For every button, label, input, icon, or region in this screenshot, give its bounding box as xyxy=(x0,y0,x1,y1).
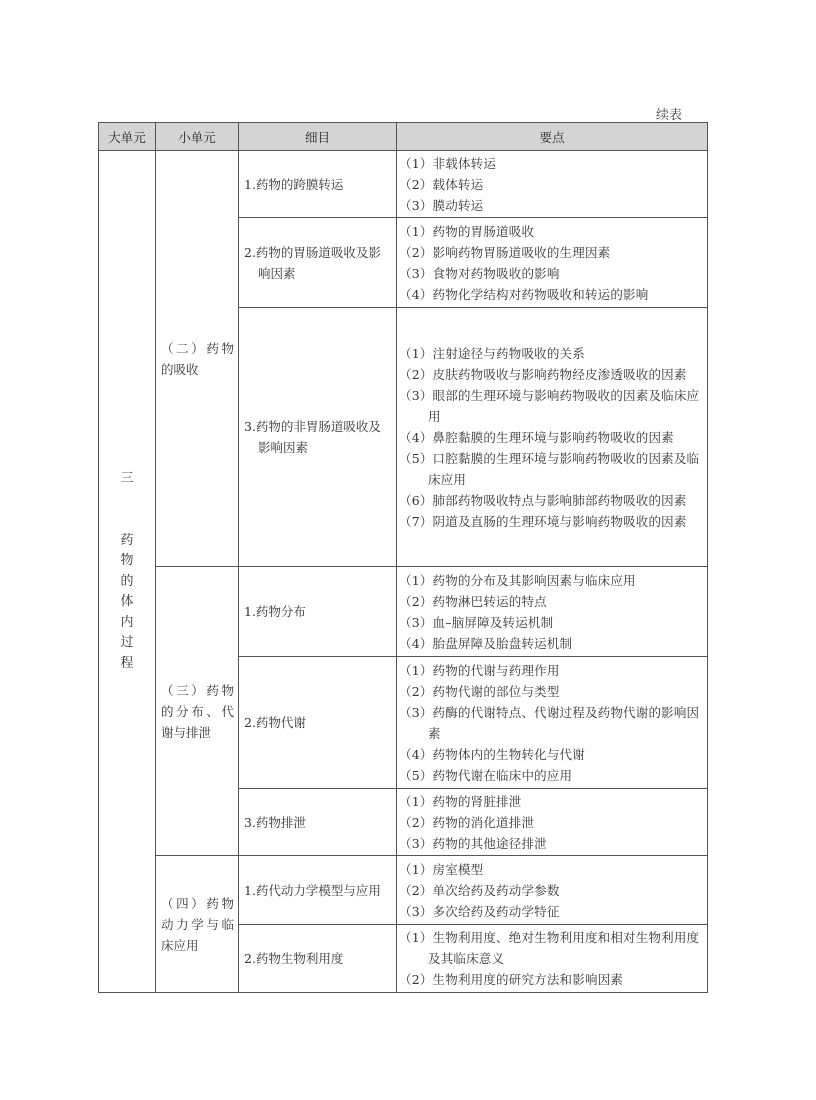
point-item: （4）药物体内的生物转化与代谢 xyxy=(399,744,703,765)
continued-table-label: 续表 xyxy=(656,104,682,123)
table-row: （四）药物动力学与临床应用 1.药代动力学模型与应用 （1）房室模型 （2）单次… xyxy=(99,856,708,925)
points-cell: （1）药物的分布及其影响因素与临床应用 （2）药物淋巴转运的特点 （3）血–脑屏… xyxy=(397,567,708,657)
point-item: （3）多次给药及药动学特征 xyxy=(399,901,703,922)
item-cell: 3.药物排泄 xyxy=(239,789,397,856)
table-row: （三）药物的分布、代谢与排泄 1.药物分布 （1）药物的分布及其影响因素与临床应… xyxy=(99,567,708,657)
point-item: （2）药物的消化道排泄 xyxy=(399,812,703,833)
item-cell: 1.药物的跨膜转运 xyxy=(239,151,397,218)
sub-unit-cell: （三）药物的分布、代谢与排泄 xyxy=(156,567,239,856)
point-item: （1）药物的胃肠道吸收 xyxy=(399,221,703,242)
major-unit-title: 三 药 物 的 体 内 过 程 xyxy=(120,469,134,674)
points-cell: （1）生物利用度、绝对生物利用度和相对生物利用度及其临床意义 （2）生物利用度的… xyxy=(397,925,708,993)
point-item: （3）药物的其他途径排泄 xyxy=(399,833,703,854)
table-row: 三 药 物 的 体 内 过 程 （二）药物的吸收 1.药物的跨膜转运 （1）非载… xyxy=(99,151,708,218)
point-item: （4）鼻腔黏膜的生理环境与影响药物吸收的因素 xyxy=(399,427,703,448)
point-item: （1）生物利用度、绝对生物利用度和相对生物利用度及其临床意义 xyxy=(399,927,703,969)
item-cell: 1.药代动力学模型与应用 xyxy=(239,856,397,925)
points-cell: （1）注射途径与药物吸收的关系 （2）皮肤药物吸收与影响药物经皮渗透吸收的因素 … xyxy=(397,308,708,567)
point-item: （3）血–脑屏障及转运机制 xyxy=(399,612,703,633)
point-item: （1）药物的肾脏排泄 xyxy=(399,791,703,812)
point-item: （3）膜动转运 xyxy=(399,195,703,216)
point-item: （1）药物的分布及其影响因素与临床应用 xyxy=(399,570,703,591)
header-item: 细目 xyxy=(239,123,397,151)
point-item: （5）药物代谢在临床中的应用 xyxy=(399,765,703,786)
point-item: （7）阴道及直肠的生理环境与影响药物吸收的因素 xyxy=(399,511,703,532)
point-item: （5）口腔黏膜的生理环境与影响药物吸收的因素及临床应用 xyxy=(399,448,703,490)
point-item: （3）眼部的生理环境与影响药物吸收的因素及临床应用 xyxy=(399,385,703,427)
point-item: （2）药物淋巴转运的特点 xyxy=(399,591,703,612)
point-item: （3）食物对药物吸收的影响 xyxy=(399,263,703,284)
item-cell: 2.药物的胃肠道吸收及影响因素 xyxy=(239,218,397,308)
item-cell: 1.药物分布 xyxy=(239,567,397,657)
point-item: （1）药物的代谢与药理作用 xyxy=(399,660,703,681)
point-item: （2）载体转运 xyxy=(399,174,703,195)
syllabus-table: 大单元 小单元 细目 要点 三 药 物 的 体 内 过 程 （二 xyxy=(98,122,708,993)
point-item: （6）肺部药物吸收特点与影响肺部药物吸收的因素 xyxy=(399,490,703,511)
points-cell: （1）药物的肾脏排泄 （2）药物的消化道排泄 （3）药物的其他途径排泄 xyxy=(397,789,708,856)
point-item: （2）皮肤药物吸收与影响药物经皮渗透吸收的因素 xyxy=(399,364,703,385)
table-header-row: 大单元 小单元 细目 要点 xyxy=(99,123,708,151)
point-item: （2）单次给药及药动学参数 xyxy=(399,880,703,901)
sub-unit-cell: （四）药物动力学与临床应用 xyxy=(156,856,239,993)
points-cell: （1）非载体转运 （2）载体转运 （3）膜动转运 xyxy=(397,151,708,218)
point-item: （2）药物代谢的部位与类型 xyxy=(399,681,703,702)
header-key-points: 要点 xyxy=(397,123,708,151)
points-cell: （1）药物的代谢与药理作用 （2）药物代谢的部位与类型 （3）药酶的代谢特点、代… xyxy=(397,657,708,789)
points-cell: （1）药物的胃肠道吸收 （2）影响药物胃肠道吸收的生理因素 （3）食物对药物吸收… xyxy=(397,218,708,308)
point-item: （2）生物利用度的研究方法和影响因素 xyxy=(399,969,703,990)
header-major-unit: 大单元 xyxy=(99,123,156,151)
point-item: （1）非载体转运 xyxy=(399,153,703,174)
point-item: （1）房室模型 xyxy=(399,859,703,880)
point-item: （4）胎盘屏障及胎盘转运机制 xyxy=(399,633,703,654)
point-item: （4）药物化学结构对药物吸收和转运的影响 xyxy=(399,284,703,305)
sub-unit-cell: （二）药物的吸收 xyxy=(156,151,239,567)
point-item: （3）药酶的代谢特点、代谢过程及药物代谢的影响因素 xyxy=(399,702,703,744)
item-cell: 2.药物生物利用度 xyxy=(239,925,397,993)
point-item: （2）影响药物胃肠道吸收的生理因素 xyxy=(399,242,703,263)
item-cell: 2.药物代谢 xyxy=(239,657,397,789)
item-cell: 3.药物的非胃肠道吸收及影响因素 xyxy=(239,308,397,567)
header-sub-unit: 小单元 xyxy=(156,123,239,151)
point-item: （1）注射途径与药物吸收的关系 xyxy=(399,343,703,364)
major-unit-cell: 三 药 物 的 体 内 过 程 xyxy=(99,151,156,993)
points-cell: （1）房室模型 （2）单次给药及药动学参数 （3）多次给药及药动学特征 xyxy=(397,856,708,925)
